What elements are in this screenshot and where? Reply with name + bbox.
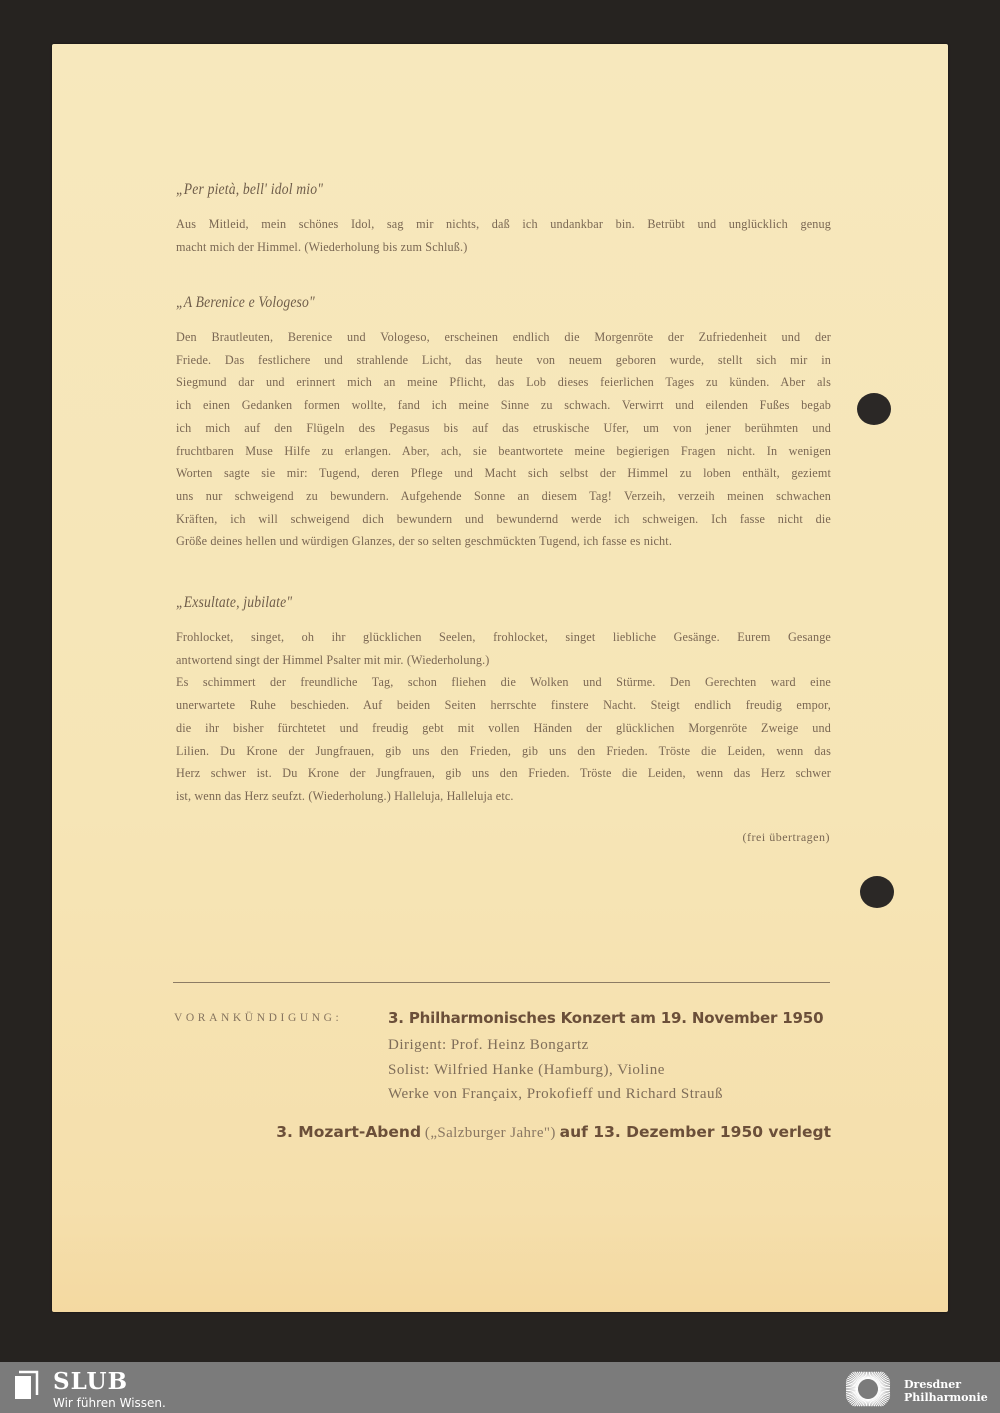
punch-hole	[860, 876, 894, 908]
section-title: „Per pietà, bell' idol mio"	[176, 181, 752, 199]
text-line: unerwartete Ruhe beschieden. Auf beiden …	[176, 694, 831, 717]
slub-book-icon	[13, 1370, 41, 1400]
text-line: ist, wenn das Herz seufzt. (Wiederholung…	[176, 785, 831, 808]
text-line: antwortend singt der Himmel Psalter mit …	[176, 649, 831, 672]
text-line: Aus Mitleid, mein schönes Idol, sag mir …	[176, 213, 831, 236]
section-title: „A Berenice e Vologeso"	[176, 294, 752, 312]
text-line: Friede. Das festlichere und strahlende L…	[176, 349, 831, 372]
text-line: Lilien. Du Krone der Jungfrauen, gib uns…	[176, 740, 831, 763]
text-line: ich mich auf den Flügeln des Pegasus bis…	[176, 417, 831, 440]
mozart-postponed: auf 13. Dezember 1950 verlegt	[560, 1123, 831, 1141]
mozart-subtitle: („Salzburger Jahre")	[425, 1125, 556, 1141]
punch-hole	[857, 393, 891, 425]
text-line: uns nur schweigend zu bewundern. Aufgehe…	[176, 485, 831, 508]
divider	[173, 982, 830, 983]
text-line: Siegmund dar und erinnert mich an meine …	[176, 371, 831, 394]
slub-tagline: Wir führen Wissen.	[53, 1396, 166, 1410]
works: Werke von Françaix, Prokofieff und Richa…	[388, 1086, 723, 1103]
text-line: macht mich der Himmel. (Wiederholung bis…	[176, 236, 831, 259]
footer-bar: SLUB Wir führen Wissen. Dresdner Philhar…	[0, 1362, 1000, 1413]
mozart-evening-notice: 3. Mozart-Abend („Salzburger Jahre") auf…	[276, 1123, 831, 1142]
text-line: Größe deines hellen und würdigen Glanzes…	[176, 530, 831, 553]
slub-logo-name[interactable]: SLUB	[53, 1368, 128, 1395]
text-line: fruchtbaren Muse Hilfe zu erlangen. Aber…	[176, 440, 831, 463]
section-text: Den Brautleuten, Berenice und Vologeso, …	[176, 326, 831, 553]
soloist: Solist: Wilfried Hanke (Hamburg), Violin…	[388, 1062, 665, 1079]
text-line: ich einen Gedanken formen wollte, fand i…	[176, 394, 831, 417]
text-line: die ihr bisher fürchtetet und freudig ge…	[176, 717, 831, 740]
text-line: Es schimmert der freundliche Tag, schon …	[176, 671, 831, 694]
text-line: Worten sagte sie mir: Tugend, deren Pfle…	[176, 462, 831, 485]
section-title: „Exsultate, jubilate"	[176, 594, 752, 612]
section-text: Aus Mitleid, mein schönes Idol, sag mir …	[176, 213, 831, 258]
text-line: Frohlocket, singet, oh ihr glücklichen S…	[176, 626, 831, 649]
text-line: Den Brautleuten, Berenice und Vologeso, …	[176, 326, 831, 349]
translation-note: (frei übertragen)	[743, 830, 830, 845]
dresdner-philharmonie-sunburst-icon	[840, 1366, 896, 1412]
section-text: Frohlocket, singet, oh ihr glücklichen S…	[176, 626, 831, 808]
announcement-label: VORANKÜNDIGUNG:	[174, 1012, 342, 1024]
dresdner-philharmonie-logo[interactable]: Dresdner Philharmonie	[904, 1378, 988, 1404]
mozart-event: 3. Mozart-Abend	[276, 1123, 421, 1141]
conductor: Dirigent: Prof. Heinz Bongartz	[388, 1037, 589, 1054]
concert-title: 3. Philharmonisches Konzert am 19. Novem…	[388, 1009, 823, 1027]
text-line: Herz schwer ist. Du Krone der Jungfrauen…	[176, 762, 831, 785]
text-line: Kräften, ich will schweigend dich bewund…	[176, 508, 831, 531]
